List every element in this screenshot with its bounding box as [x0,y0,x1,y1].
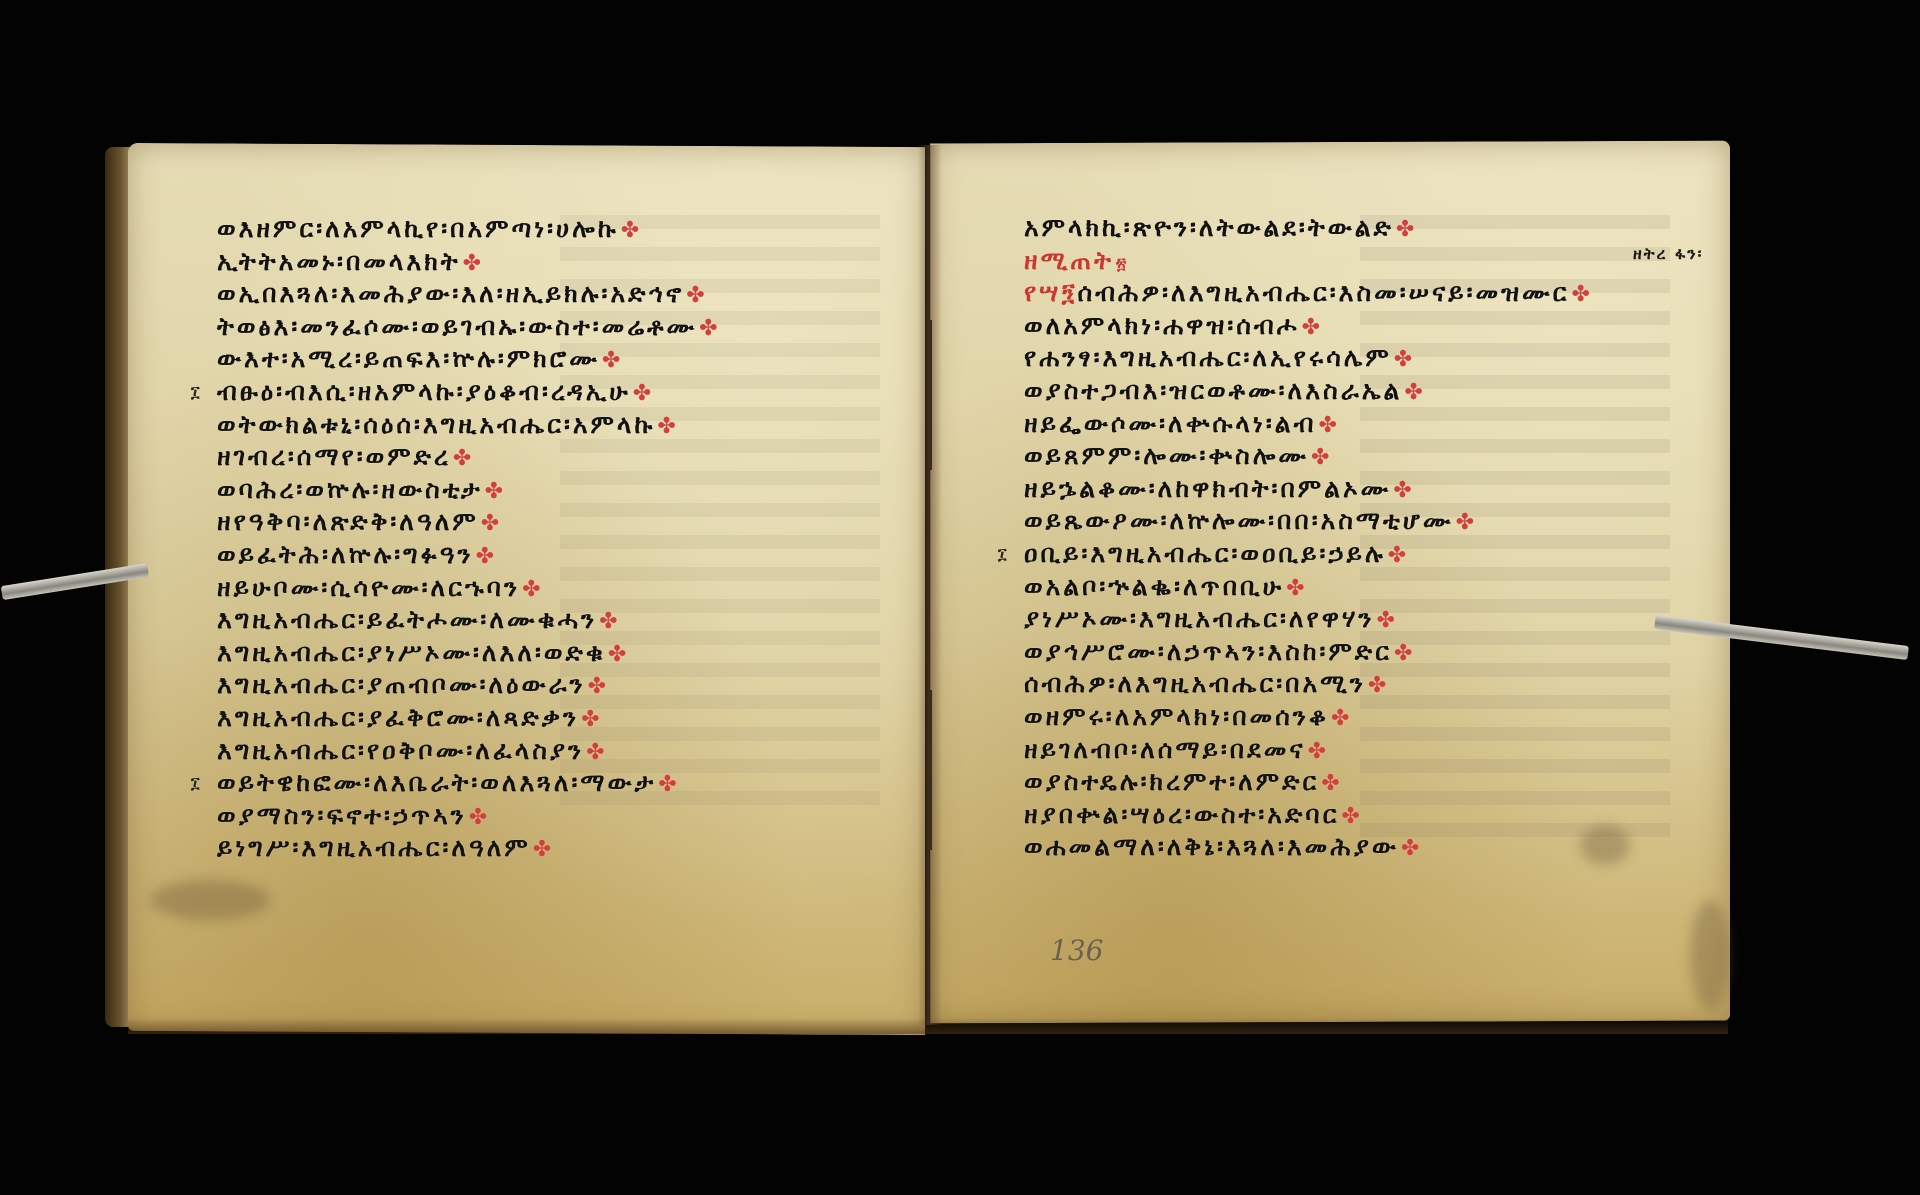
text-line: እግዚአብሔር፡ያጠብቦሙ፡ለዕውራን✤ [217,669,721,702]
text-line: የሐንፃ፡እግዚአብሔር፡ለኢየሩሳሌም✤ [1024,342,1593,375]
text-line: ወለአምላክነ፡ሐዋዝ፡ሰብሖ✤ [1024,310,1593,343]
text-line: ወይጸምም፡ሎሙ፡ቍስሎሙ✤ [1024,440,1593,473]
text-line: ወያስተዴሉ፡ክረምተ፡ለምድር✤ [1024,766,1593,799]
text-line: ወዘምሩ፡ለአምላክነ፡በመሰንቆ✤ [1024,701,1593,734]
right-page-text: አምላክኪ፡ጽዮን፡ለትውልደ፡ትውልድ✤ ዘሚጠት፳ የሣ፺ሰብሕዎ፡ለእግዚ… [1024,212,1593,864]
margin-numeral: ፲ [191,376,200,409]
binding-thread [929,690,932,850]
text-line: እግዚአብሔር፡ይፈትሖሙ፡ለሙቁሓን✤ [217,604,721,637]
text-line: ወያኅሥሮሙ፡ለኃጥኣን፡እስከ፡ምድር✤ [1024,636,1593,669]
text-line: ወእዘምር፡ለአምላኪየ፡በአምጣነ፡ሀሎኩ✤ [217,213,721,246]
margin-numeral: ፲ [191,767,200,800]
text-line: ዘይሁቦሙ፡ሲሳዮሙ፡ለርኁባን✤ [217,572,721,605]
text-line: ፲ብፁዕ፡ብእሲ፡ዘአምላኩ፡ያዕቆብ፡ረዳኢሁ✤ [217,376,721,409]
left-page-text: ወእዘምር፡ለአምላኪየ፡በአምጣነ፡ሀሎኩ✤ ኢትትአመኑ፡በመላእክት✤ ወ… [217,213,721,865]
text-line: ወይጼውዖሙ፡ለኵሎሙ፡በበ፡አስማቲሆሙ✤ [1024,505,1593,538]
page-bottom-edge [128,1018,1728,1034]
text-line: ውእተ፡አሚረ፡ይጠፍእ፡ኵሉ፡ምክሮሙ✤ [217,343,721,376]
running-head: ዘትረ ፋን፡ [1633,244,1703,264]
text-line: ዘይኌልቆሙ፡ለከዋክብት፡በምልኦሙ✤ [1024,473,1593,506]
text-line: እግዚአብሔር፡የዐቅቦሙ፡ለፈላስያን✤ [217,735,721,768]
folio-number: 136 [1050,934,1103,967]
text-line: ኢትትአመኑ፡በመላእክት✤ [217,246,721,279]
text-line: የሣ፺ሰብሕዎ፡ለእግዚአብሔር፡እስመ፡ሠናይ፡መዝሙር✤ [1024,277,1593,310]
text-line: ያነሥኦሙ፡እግዚአብሔር፡ለየዋሃን✤ [1024,603,1593,636]
book-gutter [918,145,942,1025]
text-line: ወትውክልቱኒ፡ሰዕሰ፡እግዚአብሔር፡አምላኩ✤ [217,409,721,442]
text-line: ፲ዐቢይ፡እግዚአብሔር፡ወዐቢይ፡ኃይሉ✤ [1024,538,1593,571]
text-line: ትወፅእ፡መንፈሶሙ፡ወይገብኡ፡ውስተ፡መሬቶሙ✤ [217,311,721,344]
stain [1690,900,1730,1010]
text-line: እግዚአብሔር፡ያፈቅሮሙ፡ለጻድቃን✤ [217,702,721,735]
text-line: ዘይፌውሶሙ፡ለቍሱላነ፡ልብ✤ [1024,408,1593,441]
text-line: ሰብሕዎ፡ለእግዚአብሔር፡በአሚን✤ [1024,668,1593,701]
rubric-heading: ዘሚጠት፳ [1024,245,1593,278]
text-line: ዘይገለብቦ፡ለሰማይ፡በደመና✤ [1024,734,1593,767]
stain [150,880,270,920]
rubric-prefix: የሣ፺ [1024,278,1078,307]
binding-thread [929,320,932,470]
text-line: ወኢበእጓለ፡እመሕያው፡እለ፡ዘኢይክሉ፡አድኅኖ✤ [217,278,721,311]
text-line: ዘየዓቅባ፡ለጽድቅ፡ለዓለም✤ [217,506,721,539]
text-line: ይነግሥ፡እግዚአብሔር፡ለዓለም✤ [217,832,721,865]
text-line: እግዚአብሔር፡ያነሥኦሙ፡ለእለ፡ወድቁ✤ [217,637,721,670]
text-line: ወያማስን፡ፍኖተ፡ኃጥኣን✤ [217,800,721,833]
text-line: ዘገብረ፡ሰማየ፡ወምድረ✤ [217,441,721,474]
text-line: ዘያበቍል፡ሣዕረ፡ውስተ፡አድባር✤ [1024,799,1593,832]
text-line: ወያስተጋብእ፡ዝርወቶሙ፡ለእስራኤል✤ [1024,375,1593,408]
text-line: ወሐመልማለ፡ለቅኔ፡እጓለ፡እመሕያው✤ [1024,831,1593,864]
text-line: አምላክኪ፡ጽዮን፡ለትውልደ፡ትውልድ✤ [1024,212,1593,245]
text-line: ወይፈትሕ፡ለኵሉ፡ግፉዓን✤ [217,539,721,572]
text-line: ወአልቦ፡ኍልቈ፡ለጥበቢሁ✤ [1024,571,1593,604]
text-line: ወባሕረ፡ወኵሉ፡ዘውስቲታ✤ [217,474,721,507]
margin-numeral: ፲ [998,538,1007,571]
text-line: ፲ወይትዌከፎሙ፡ለእቤራት፡ወለእጓለ፡ማውታ✤ [217,767,721,800]
